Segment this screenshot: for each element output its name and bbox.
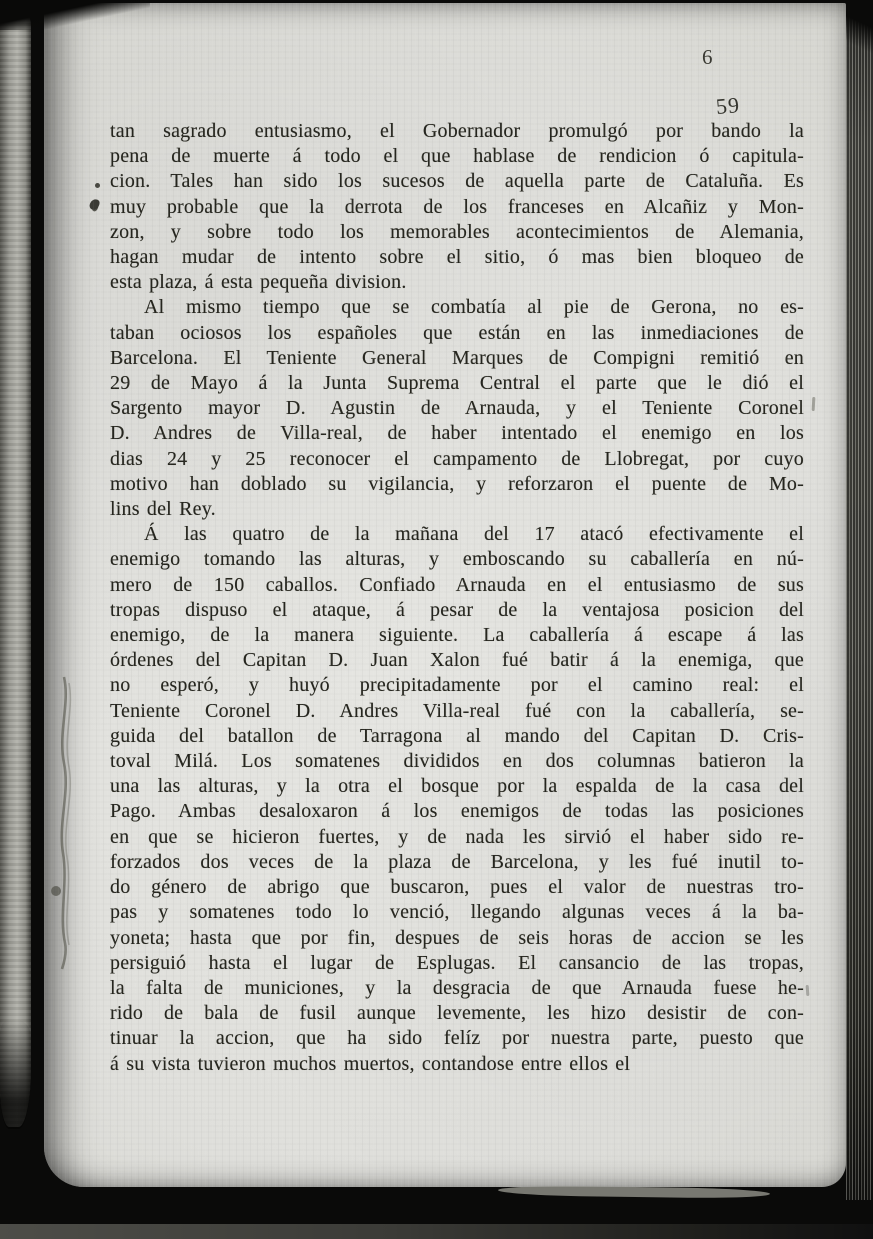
stray-ink-mark	[806, 985, 810, 996]
text-line: do género de abrigo que buscaron, pues e…	[110, 875, 804, 900]
text-line: dias 24 y 25 reconocer el campamento de …	[110, 447, 804, 472]
text-line: Al mismo tiempo que se combatía al pie d…	[110, 295, 804, 320]
book-scan: 6 59 tan sagrado entusiasmo, el Gobernad…	[0, 0, 873, 1239]
text-line: cion. Tales han sido los sucesos de aque…	[110, 169, 804, 194]
text-line: 29 de Mayo á la Junta Suprema Central el…	[110, 371, 804, 396]
spine-edge	[0, 7, 31, 1127]
text-line: mero de 150 caballos. Confiado Arnauda e…	[110, 573, 804, 598]
table-edge	[0, 1224, 873, 1239]
text-line: tropas dispuso el ataque, á pesar de la …	[110, 598, 804, 623]
text-line: tinuar la accion, que ha sido felíz por …	[110, 1026, 804, 1051]
text-line: pas y somatenes todo lo venció, llegando…	[110, 900, 804, 925]
text-line: tan sagrado entusiasmo, el Gobernador pr…	[110, 119, 804, 144]
text-line: motivo han doblado su vigilancia, y refo…	[110, 472, 804, 497]
text-line: taban ociosos los españoles que están en…	[110, 321, 804, 346]
text-block: tan sagrado entusiasmo, el Gobernador pr…	[110, 119, 804, 1077]
text-line: órdenes del Capitan D. Juan Xalon fué ba…	[110, 648, 804, 673]
text-line: enemigo tomando las alturas, y emboscand…	[110, 547, 804, 572]
text-line: en que se hicieron fuertes, y de nada le…	[110, 825, 804, 850]
text-line: á su vista tuvieron muchos muertos, cont…	[110, 1052, 804, 1077]
text-line: yoneta; hasta que por fin, despues de se…	[110, 926, 804, 951]
text-line: enemigo, de la manera siguiente. La caba…	[110, 623, 804, 648]
fore-edge-pages	[846, 0, 873, 1200]
text-line: pena de muerte á todo el que hablase de …	[110, 144, 804, 169]
text-line: Sargento mayor D. Agustin de Arnauda, y …	[110, 396, 804, 421]
text-line: lins del Rey.	[110, 497, 804, 522]
text-line: Á las quatro de la mañana del 17 atacó e…	[110, 522, 804, 547]
page: 6 59 tan sagrado entusiasmo, el Gobernad…	[44, 3, 846, 1187]
text-line: hagan mudar de intento sobre el sitio, ó…	[110, 245, 804, 270]
text-line: Pago. Ambas desaloxaron á los enemigos d…	[110, 799, 804, 824]
text-line: zon, y sobre todo los memorables acontec…	[110, 220, 804, 245]
text-line: no esperó, y huyó precipitadamente por e…	[110, 673, 804, 698]
stray-ink-mark	[812, 397, 816, 411]
gutter-shadow	[0, 0, 150, 30]
text-line: Barcelona. El Teniente General Marques d…	[110, 346, 804, 371]
text-line: guida del batallon de Tarragona al mando…	[110, 724, 804, 749]
text-line: muy probable que la derrota de los franc…	[110, 195, 804, 220]
binding-crease	[50, 671, 84, 971]
text-line: D. Andres de Villa-real, de haber intent…	[110, 421, 804, 446]
corner-number: 6	[702, 45, 713, 70]
text-line: toval Milá. Los somatenes divididos en d…	[110, 749, 804, 774]
text-line: esta plaza, á esta pequeña division.	[110, 270, 804, 295]
text-line: forzados dos veces de la plaza de Barcel…	[110, 850, 804, 875]
text-line: la falta de municiones, y la desgracia d…	[110, 976, 804, 1001]
text-line: rido de bala de fusil aunque levemente, …	[110, 1001, 804, 1026]
text-line: persiguió hasta el lugar de Esplugas. El…	[110, 951, 804, 976]
ink-blot-mark	[88, 198, 100, 212]
page-number: 59	[715, 92, 741, 120]
text-line: una las alturas, y la otra el bosque por…	[110, 774, 804, 799]
ink-dot-mark	[95, 183, 100, 188]
page-edge-sliver	[498, 1185, 770, 1199]
text-line: Teniente Coronel D. Andres Villa-real fu…	[110, 699, 804, 724]
